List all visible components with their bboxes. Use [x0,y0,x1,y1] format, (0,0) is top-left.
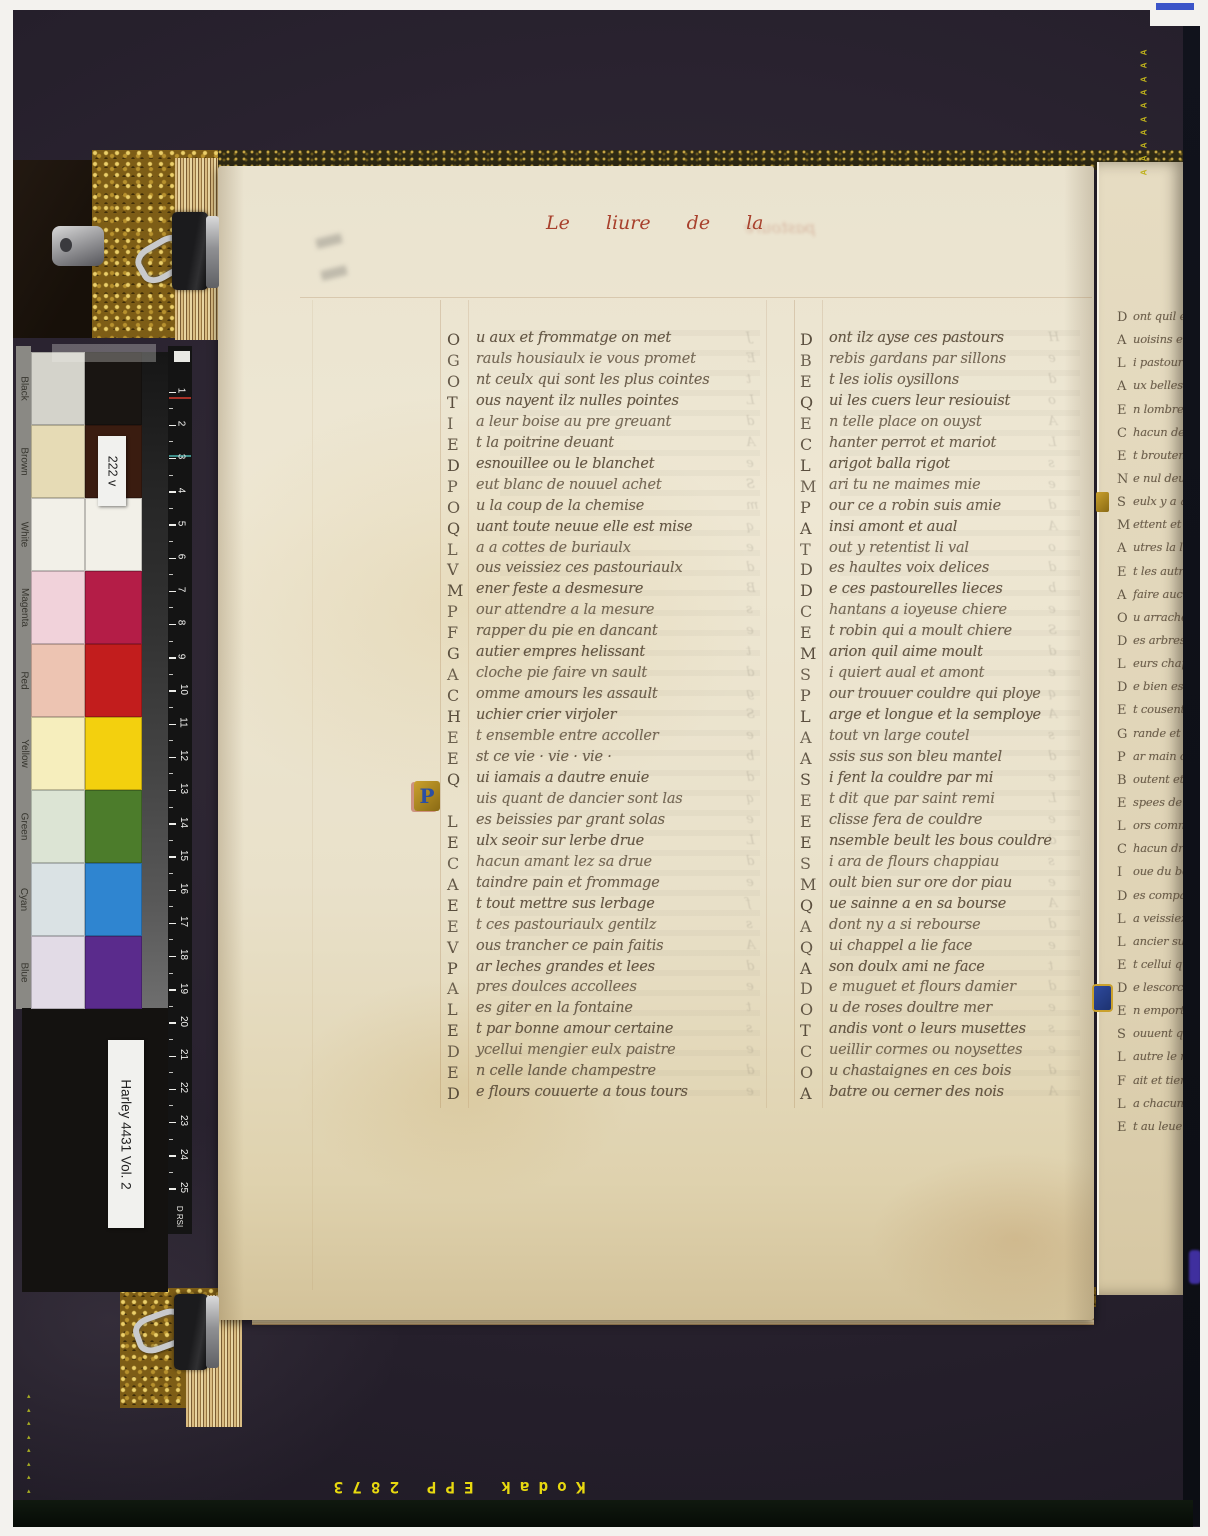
ruling-line-horizontal [300,297,1092,298]
manuscript-line-initial: M [800,644,816,663]
manuscript-line-initial: O [800,1000,813,1019]
recto-line-initial: D [1117,634,1127,649]
ruler-number: 18 [178,949,189,960]
manuscript-line-initial: Q [800,938,813,957]
manuscript-line-initial: E [447,833,459,852]
recto-line-text: e bien estroite m [1133,681,1186,693]
recto-line-initial: E [1117,703,1127,718]
ruler-number: 21 [178,1049,189,1060]
showthrough-letter: s [1048,728,1055,743]
showthrough-letter: e [1048,351,1056,366]
recto-line-text: n emporte maint [1133,1005,1186,1017]
ruler-minor-tick [169,1006,173,1007]
film-edge-mark-top: A [1139,90,1148,96]
color-swatch-solid [85,936,142,1009]
recto-line-text: outent et bouche [1133,774,1186,786]
recto-line-text: spees de bois ve [1133,797,1186,809]
recto-line-text: e lescorce dont fa [1133,982,1186,994]
manuscript-line-text: t ces pastouriaulx gentilz [476,918,656,933]
recto-line-initial: O [1117,611,1128,626]
showthrough-letter: q [746,791,754,806]
showthrough-letter: e [746,456,754,471]
manuscript-line-text: hanter perrot et mariot [829,436,996,451]
ruler-top-notch [174,351,190,362]
ruler-number: 4 [175,487,186,493]
ruler-minor-tick [169,408,173,409]
manuscript-line-initial: E [447,1063,459,1082]
recto-line-text: ait et tient close [1133,1075,1186,1087]
manuscript-line-initial: E [800,833,812,852]
ruler-minor-tick [169,906,173,907]
recto-line-text: a veissiez vous d [1133,913,1186,925]
manuscript-line-initial: E [800,812,812,831]
color-swatch-tint [31,936,85,1009]
showthrough-letter: e [1048,1042,1056,1057]
manuscript-line-initial: E [447,435,459,454]
ruler-number: 3 [175,454,186,460]
recto-line-initial: L [1117,912,1126,927]
manuscript-line-text: rapper du pie en dancant [476,624,658,639]
recto-line-text: ancier sur teste [1133,936,1186,948]
manuscript-line-text: taindre pain et frommage [476,876,660,891]
ruler-minor-tick [169,773,173,774]
binder-clip-top-shine [206,216,219,288]
ruler-number: 20 [178,1016,189,1027]
manuscript-line-initial: A [447,979,459,998]
ruler-minor-tick [169,607,173,608]
ruler-minor-tick [169,1039,173,1040]
color-chart-row-label-text: Green [19,813,30,841]
manuscript-line-text: i fent la couldre par mi [829,771,993,786]
manuscript-line-text: pres doulces accollees [476,980,637,995]
rubric-heading-offset-ghost: pastoure [744,218,815,237]
ruler-minor-tick [169,840,173,841]
showthrough-letter: o [1048,540,1056,555]
showthrough-letter: S [746,477,755,492]
showthrough-letter: A [1048,707,1057,722]
recto-line-initial: F [1117,1074,1126,1089]
color-chart-row-label: Red [12,644,36,717]
recto-line-text: ettent et tirent [1133,519,1186,531]
manuscript-line-initial: M [800,477,816,496]
film-stock-label: Kodak EPP 2873 [285,1478,625,1497]
ruler-tick [169,890,176,892]
recto-line-text: hacun dru dece [1133,843,1186,855]
illuminated-initial-blue-recto [1094,986,1111,1010]
film-rebate-strip [13,1500,1193,1527]
manuscript-line-text: u chastaignes en ces bois [829,1064,1011,1079]
ruler-tick [169,1188,176,1190]
showthrough-letter: s [746,1021,753,1036]
ruler-tick [169,790,176,792]
manuscript-line-text: arigot balla rigot [829,457,950,472]
color-chart-row-label: Blue [12,936,36,1009]
manuscript-line-initial: G [447,351,460,370]
manuscript-line-text: ycellui mengier eulx paistre [476,1043,676,1058]
showthrough-letter: e [1048,602,1056,617]
manuscript-line-text: uis quant de dancier sont las [476,792,683,807]
showthrough-letter: t [746,372,751,387]
manuscript-line-initial: E [447,896,459,915]
recto-line-text: rande et large a [1133,728,1186,740]
showthrough-letter: b [746,749,754,764]
manuscript-line-initial: P [447,959,458,978]
recto-line-initial: E [1117,796,1127,811]
ruling-line-col1-right [766,300,767,1108]
manuscript-line-text: batre ou cerner des nois [829,1085,1004,1100]
manuscript-line-text: a leur boise au pre greuant [476,415,671,430]
recto-line-text: n lombre et leur [1133,404,1186,416]
ruling-line-margin [312,300,313,1290]
manuscript-line-initial: E [800,623,812,642]
showthrough-letter: L [1048,435,1057,450]
film-edge-mark-top: A [1139,63,1148,69]
manuscript-line-initial: D [447,1084,460,1103]
ruler-minor-tick [169,939,173,940]
color-swatch-solid [85,717,142,790]
manuscript-line-initial: V [447,560,459,579]
manuscript-line-initial: Q [447,770,460,789]
film-edge-mark-bottom: ▴ [27,1460,31,1468]
ruler-minor-tick [169,740,173,741]
manuscript-line-text: t par bonne amour certaine [476,1022,673,1037]
color-swatch-solid [85,790,142,863]
showthrough-letter: s [746,917,753,932]
manuscript-line-initial: A [800,959,812,978]
ruler-minor-tick [169,707,173,708]
ruling-line-col2-b [822,300,823,1108]
manuscript-line-text: e muguet et flours damier [829,980,1016,995]
showthrough-letter: S [746,707,755,722]
showthrough-letter: t [746,1000,751,1015]
manuscript-line-text: e ces pastourelles lieces [829,582,1003,597]
manuscript-line-text: arge et longue et la semploye [829,708,1041,723]
showthrough-letter: s [1048,854,1055,869]
ruler-tick [169,1056,176,1058]
manuscript-line-text: hantans a ioyeuse chiere [829,603,1007,618]
film-edge-mark-bottom: ▴ [27,1473,31,1481]
manuscript-line-text: ue sainne a en sa bourse [829,897,1006,912]
ruler-tick [169,724,176,726]
ruler-minor-tick [169,674,173,675]
recto-line-initial: A [1117,333,1126,348]
ruler-number: 17 [178,916,189,927]
manuscript-line-text: es giter en la fontaine [476,1001,633,1016]
manuscript-line-initial: L [447,540,458,559]
recto-line-initial: D [1117,889,1127,904]
manuscript-line-text: ssis sus son bleu mantel [829,750,1002,765]
recto-line-initial: D [1117,310,1127,325]
film-edge-mark-bottom: ▴ [27,1406,31,1414]
manuscript-line-initial: E [800,791,812,810]
ruler-tick [169,823,176,825]
manuscript-line-initial: Q [800,896,813,915]
color-swatch-solid [85,352,142,425]
manuscript-line-text: st ce vie · vie · vie · [476,750,612,765]
recto-line-text: t cousent vne la [1133,704,1186,716]
showthrough-letter: d [1048,917,1056,932]
manuscript-line-text: es haultes voix delices [829,561,989,576]
ruler-tick [169,1122,176,1124]
ruler-number: 11 [178,717,189,727]
showthrough-letter: e [1048,477,1056,492]
manuscript-line-text: ui les cuers leur resiouist [829,394,1010,409]
showthrough-letter: A [746,435,755,450]
manuscript-line-initial: A [800,728,812,747]
ruling-line-col2-a [794,300,795,1108]
ruler-minor-tick [169,1139,173,1140]
ruler-number: 22 [178,1082,189,1093]
film-edge-mark-bottom: ▴ [27,1446,31,1454]
manuscript-line-initial: A [447,665,459,684]
manuscript-line-initial: A [800,1084,812,1103]
binder-clip-bottom [174,1294,208,1370]
folio-label: 222 v [98,436,126,506]
ruler-minor-tick [169,508,173,509]
manuscript-line-text: our ce a robin suis amie [829,499,1001,514]
manuscript-line-text: t ensemble entre accoller [476,729,659,744]
manuscript-line-text: n celle lande champestre [476,1064,656,1079]
manuscript-line-text: hacun amant lez sa drue [476,855,652,870]
manuscript-line-initial: O [447,372,460,391]
manuscript-line-initial: C [800,435,812,454]
showthrough-letter: d [1048,979,1056,994]
showthrough-letter: L [1048,791,1057,806]
color-chart-row-label: Green [12,790,36,863]
manuscript-line-text: nt ceulx qui sont les plus cointes [476,373,710,388]
showthrough-letter: b [1048,581,1056,596]
recto-line-initial: I [1117,865,1122,880]
manuscript-line-text: oult bien sur ore dor piau [829,876,1012,891]
color-swatch-tint [31,498,85,571]
ruler-number: 13 [178,783,189,794]
ruler-number: 9 [175,653,186,659]
ruler-minor-tick [169,1072,173,1073]
showthrough-letter: E [746,351,756,366]
ruler-number: 15 [178,850,189,861]
manuscript-line-initial: H [447,707,461,726]
recto-line-text: ouuent quant lu [1133,1028,1186,1040]
showthrough-letter: e [1048,770,1056,785]
manuscript-line-initial: O [447,330,460,349]
manuscript-line-text: u de roses doultre mer [829,1001,992,1016]
manuscript-line-initial: D [800,581,813,600]
manuscript-line-text: es beissies par grant solas [476,813,665,828]
ruler-tick [169,1089,176,1091]
manuscript-line-initial: Q [800,393,813,412]
manuscript-line-initial: M [800,875,816,894]
recto-line-initial: S [1117,495,1126,510]
manuscript-line-text: our attendre a la mesure [476,603,654,618]
manuscript-line-text: esnouillee ou le blanchet [476,457,654,472]
recto-line-text: es compains con [1133,890,1186,902]
color-swatch-solid [85,863,142,936]
manuscript-line-text: a a cottes de buriaulx [476,541,631,556]
ruler-tick [169,1022,176,1024]
manuscript-line-initial: E [447,749,459,768]
showthrough-letter: s [746,602,753,617]
color-chart-row-label: White [12,498,36,571]
showthrough-letter: A [1048,519,1057,534]
color-chart-row-label-text: Yellow [19,739,30,768]
ruler-number: 1 [175,388,186,394]
showthrough-letter: L [746,833,755,848]
recto-line-text: t au leuer essaye [1133,1121,1186,1133]
recto-line-text: eulx y a qui iu [1133,496,1186,508]
manuscript-line-text: autier empres helissant [476,645,645,660]
showthrough-letter: t [1048,959,1053,974]
tape-piece [52,344,156,362]
showthrough-letter: S [1048,623,1057,638]
rubric-heading: Le liure de la [546,212,764,234]
recto-line-initial: E [1117,565,1127,580]
showthrough-letter: J [746,330,751,345]
showthrough-letter: d [1048,1063,1056,1078]
recto-line-initial: S [1117,1027,1126,1042]
manuscript-line-text: ueillir cormes ou noysettes [829,1043,1022,1058]
film-edge-mark-top: A [1139,76,1148,82]
manuscript-line-text: t la poitrine deuant [476,436,614,451]
showthrough-letter: d [746,665,754,680]
ruler-minor-tick [169,541,173,542]
recto-line-initial: E [1117,1120,1127,1135]
showthrough-letter: s [1048,456,1055,471]
recto-line-initial: G [1117,727,1127,742]
film-edge-mark-top: A [1139,103,1148,109]
manuscript-line-initial: T [800,540,811,559]
showthrough-letter: g [746,686,754,701]
manuscript-line-initial: P [447,602,458,621]
showthrough-letter: d [746,770,754,785]
recto-line-initial: C [1117,426,1127,441]
manuscript-line-initial: A [800,519,812,538]
manuscript-line-initial: C [800,602,812,621]
manuscript-line-text: i quiert aual et amont [829,666,984,681]
showthrough-letter: e [746,1084,754,1099]
manuscript-line-initial: C [800,1042,812,1061]
recto-line-initial: L [1117,819,1126,834]
manuscript-line-initial: P [800,498,811,517]
recto-line-initial: B [1117,773,1127,788]
ruler-number: 24 [178,1149,189,1160]
showthrough-letter: q [1048,686,1056,701]
showthrough-letter: d [1048,749,1056,764]
film-edge-mark-bottom: ▴ [27,1392,31,1400]
ruler-number: 6 [175,554,186,560]
manuscript-line-text: cloche pie faire vn sault [476,666,647,681]
showthrough-letter: e [1048,938,1056,953]
ruler-number: 2 [175,421,186,427]
color-chart-row-label-text: Black [19,376,30,400]
recto-line-initial: L [1117,1097,1126,1112]
recto-line-text: ar main ou ce [1133,751,1186,763]
ruler-minor-tick [169,1105,173,1106]
ruler-tick [169,690,176,692]
recto-line-text: u arrachent les [1133,612,1186,624]
manuscript-line-initial: L [800,707,811,726]
manuscript-line-initial: D [447,456,460,475]
color-swatch-tint [31,717,85,790]
manuscript-line-text: ous trancher ce pain faitis [476,939,663,954]
color-chart-row-label: Brown [12,425,36,498]
manuscript-line-text: ous veissiez ces pastouriaulx [476,561,682,576]
ruler-tick [169,956,176,958]
film-edge-mark-top: A [1139,50,1148,56]
showthrough-letter: f [746,896,751,911]
showthrough-letter: m [746,498,758,513]
film-edge-mark-bottom: ▴ [27,1433,31,1441]
ruling-line-col1-b [468,300,469,1108]
manuscript-line-initial: E [447,728,459,747]
ruler-number: 19 [178,983,189,994]
recto-line-initial: N [1117,472,1128,487]
ruler-number: 23 [178,1115,189,1126]
recto-line-text: e nul deulx pl [1133,473,1186,485]
manuscript-line-initial: S [800,854,811,873]
color-swatch-solid [85,498,142,571]
photo-border-right [1200,0,1208,1536]
ruler-tick [169,757,176,759]
manuscript-line-text: ous nayent ilz nulles pointes [476,394,679,409]
showthrough-letter: d [746,854,754,869]
ruler-footer: D RSI [166,1196,194,1236]
recto-line-text: ux belles qui se [1133,380,1186,392]
manuscript-line-initial: M [447,581,463,600]
film-edge-mark-bottom: ▴ [27,1487,31,1495]
manuscript-line-initial: E [800,372,812,391]
illuminated-initial-gold-recto [1096,492,1109,512]
manuscript-line-initial: A [800,749,812,768]
manuscript-line-text: t robin qui a moult chiere [829,624,1012,639]
manuscript-line-initial: S [800,665,811,684]
manuscript-line-text: eut blanc de nouuel achet [476,478,662,493]
color-chart-row-label: Cyan [12,863,36,936]
manuscript-line-text: dont ny a si rebourse [829,918,980,933]
manuscript-line-text: son doulx ami ne face [829,960,985,975]
manuscript-line-text: u la coup de la chemise [476,499,644,514]
film-edge-mark-top: A [1139,143,1148,149]
showthrough-letter: e [746,728,754,743]
manuscript-line-text: ont ilz ayse ces pastours [829,331,1004,346]
ruler-minor-tick [169,873,173,874]
ruler-number: 5 [175,521,186,527]
manuscript-line-initial: L [447,1000,458,1019]
ruler-tick [169,856,176,858]
color-swatch-tint [31,571,85,644]
manuscript-line-initial: D [800,330,813,349]
manuscript-line-text: insi amont et aual [829,520,957,535]
recto-line-initial: L [1117,935,1126,950]
photo-border-left [0,0,13,1536]
metal-clasp [52,226,104,266]
recto-line-initial: E [1117,403,1127,418]
ruler-tick [169,923,176,925]
binder-clip-bottom-shine [206,1296,219,1368]
recto-line-initial: E [1117,449,1127,464]
showthrough-letter: A [746,938,755,953]
manuscript-line-text: clisse fera de couldre [829,813,982,828]
color-chart-row-label-text: Cyan [18,888,29,911]
manuscript-line-initial: D [800,979,813,998]
manuscript-line-text: out y retentist li val [829,541,969,556]
manuscript-line-initial: P [800,686,811,705]
recto-line-initial: L [1117,356,1126,371]
ruler-number: 10 [178,684,189,695]
film-blue-mark [1156,3,1194,10]
color-swatch-tint [31,644,85,717]
manuscript-line-initial: F [447,623,458,642]
manuscript-photograph: Dont quil est la fAuoisins en moLi pasto… [0,0,1208,1536]
